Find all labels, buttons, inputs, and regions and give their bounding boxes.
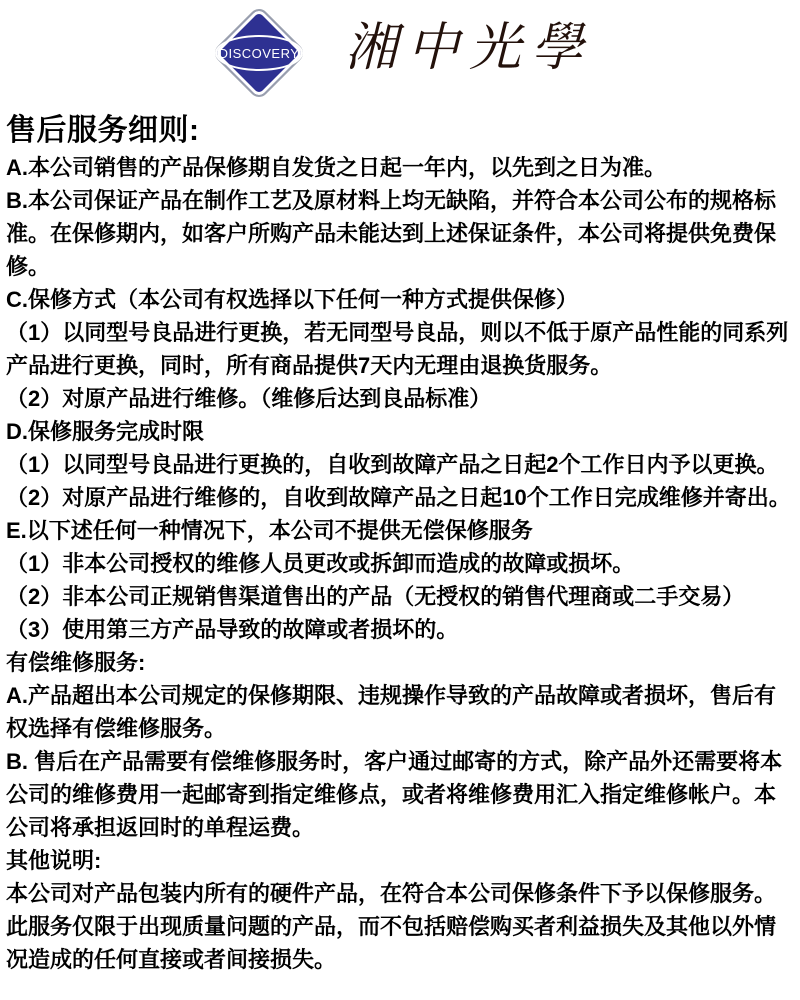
doc-paragraph: （1）以同型号良品进行更换，若无同型号良品，则以不低于原产品性能的同系列产品进行… [6,316,796,382]
brand-header: DISCOVERY 湘中光學 [0,0,800,100]
doc-paragraph: C.保修方式（本公司有权选择以下任何一种方式提供保修） [6,283,796,316]
doc-paragraph: （1）非本公司授权的维修人员更改或拆卸而造成的故障或损坏。 [6,547,796,580]
diamond-logo-icon: DISCOVERY [211,5,307,101]
doc-title: 售后服务细则: [6,114,796,147]
doc-paragraph: （2）对原产品进行维修。（维修后达到良品标准） [6,382,796,415]
doc-paragraph: D.保修服务完成时限 [6,415,796,448]
doc-paragraph: 本公司对产品包装内所有的硬件产品，在符合本公司保修条件下予以保修服务。此服务仅限… [6,877,796,976]
doc-paragraph: A.产品超出本公司规定的保修期限、违规操作导致的产品故障或者损坏，售后有权选择有… [6,679,796,745]
doc-paragraph: 其他说明: [6,844,796,877]
policy-document: 售后服务细则: A.本公司销售的产品保修期自发货之日起一年内，以先到之日为准。 … [0,114,800,976]
doc-paragraph: 有偿维修服务: [6,646,796,679]
badge-label: DISCOVERY [219,46,300,61]
doc-paragraph: （2）非本公司正规销售渠道售出的产品（无授权的销售代理商或二手交易） [6,580,796,613]
doc-paragraph: （1）以同型号良品进行更换的，自收到故障产品之日起2个工作日内予以更换。 [6,448,796,481]
doc-paragraph: B. 售后在产品需要有偿维修服务时，客户通过邮寄的方式，除产品外还需要将本公司的… [6,745,796,844]
brand-calligraphy: 湘中光學 [345,22,593,84]
doc-paragraph: B.本公司保证产品在制作工艺及原材料上均无缺陷，并符合本公司公布的规格标准。在保… [6,184,796,283]
doc-paragraph: （2）对原产品进行维修的，自收到故障产品之日起10个工作日完成维修并寄出。 [6,481,796,514]
doc-paragraph: A.本公司销售的产品保修期自发货之日起一年内，以先到之日为准。 [6,151,796,184]
discovery-badge: DISCOVERY [207,10,311,96]
doc-paragraph: （3）使用第三方产品导致的故障或者损坏的。 [6,613,796,646]
doc-paragraph: E.以下述任何一种情况下，本公司不提供无偿保修服务 [6,514,796,547]
badge-ellipse: DISCOVERY [215,35,303,71]
